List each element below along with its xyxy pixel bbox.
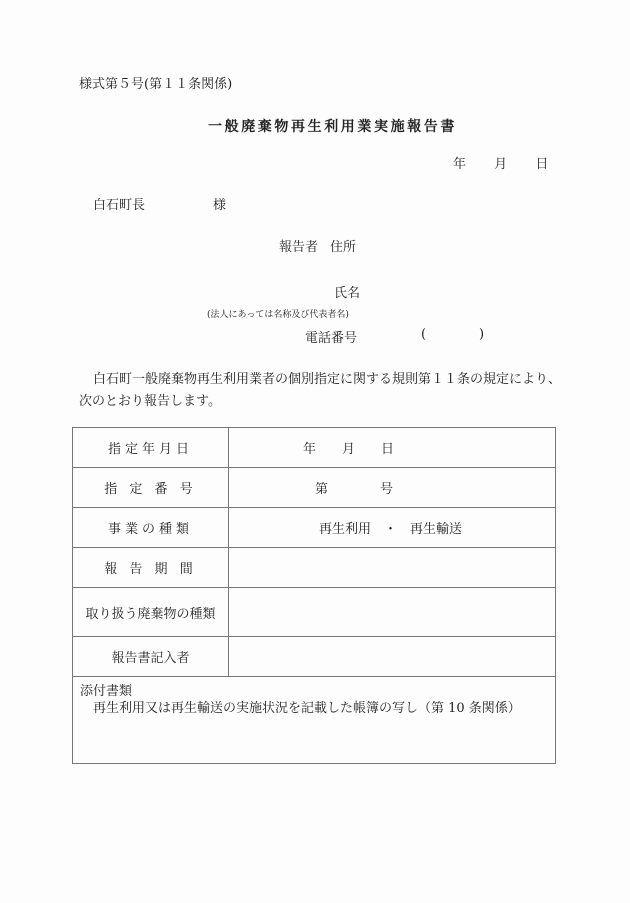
attachments-item: 再生利用又は再生輸送の実施状況を記載した帳簿の写し（第 10 条関係）	[93, 697, 521, 716]
phone-paren-close: )	[479, 327, 484, 342]
phone-paren-open: (	[421, 327, 426, 342]
table-row-business-type: 事業の種類 再生利用 ・ 再生輸送	[73, 508, 555, 548]
row-label: 指 定 番 号	[73, 468, 229, 507]
address-label: 住所	[330, 240, 356, 255]
body-line-2: 次のとおり報告します。	[79, 391, 561, 413]
row-value: 再生利用 ・ 再生輸送	[229, 508, 555, 547]
phone-label: 電話番号	[305, 327, 357, 346]
table-row-waste-type: 取り扱う廃棄物の種類	[73, 588, 555, 637]
row-label: 指定年月日	[73, 428, 229, 467]
row-label: 報 告 期 間	[73, 548, 229, 587]
row-label: 報告書記入者	[73, 637, 229, 676]
table-row-report-period: 報 告 期 間	[73, 548, 555, 588]
row-label: 事業の種類	[73, 508, 229, 547]
date-day-label: 日	[535, 153, 548, 172]
form-number: 様式第５号(第１１条関係)	[79, 73, 232, 92]
reporter-address-line: 報告者住所	[279, 236, 356, 255]
document-title: 一般廃棄物再生利用業実施報告書	[208, 116, 457, 136]
row-value: 第 号	[229, 468, 555, 507]
attachments-section: 添付書類 再生利用又は再生輸送の実施状況を記載した帳簿の写し（第 10 条関係）	[73, 676, 555, 763]
name-label: 氏名	[334, 282, 360, 301]
date-month-label: 月	[494, 153, 507, 172]
table-row-designation-number: 指 定 番 号 第 号	[73, 468, 555, 508]
body-paragraph: 白石町一般廃棄物再生利用業者の個別指定に関する規則第１１条の規定により、 次のと…	[79, 369, 561, 413]
row-value[interactable]	[229, 588, 555, 636]
row-label: 取り扱う廃棄物の種類	[73, 588, 229, 636]
corporation-note: (法人にあっては名称及び代表者名)	[207, 307, 349, 320]
row-value: 年 月 日	[229, 428, 555, 467]
addressee-honorific: 様	[213, 194, 226, 213]
table-row-designation-date: 指定年月日 年 月 日	[73, 428, 555, 468]
body-line-1: 白石町一般廃棄物再生利用業者の個別指定に関する規則第１１条の規定により、	[79, 369, 561, 391]
reporter-label: 報告者	[279, 240, 318, 255]
row-value[interactable]	[229, 637, 555, 676]
row-value[interactable]	[229, 548, 555, 587]
report-table: 指定年月日 年 月 日 指 定 番 号 第 号 事業の種類 再生利用 ・ 再生輸…	[72, 427, 556, 764]
addressee-name: 白石町長	[93, 194, 145, 213]
date-year-label: 年	[453, 153, 466, 172]
table-row-report-writer: 報告書記入者	[73, 637, 555, 677]
date-line: 年 月 日	[453, 153, 548, 172]
